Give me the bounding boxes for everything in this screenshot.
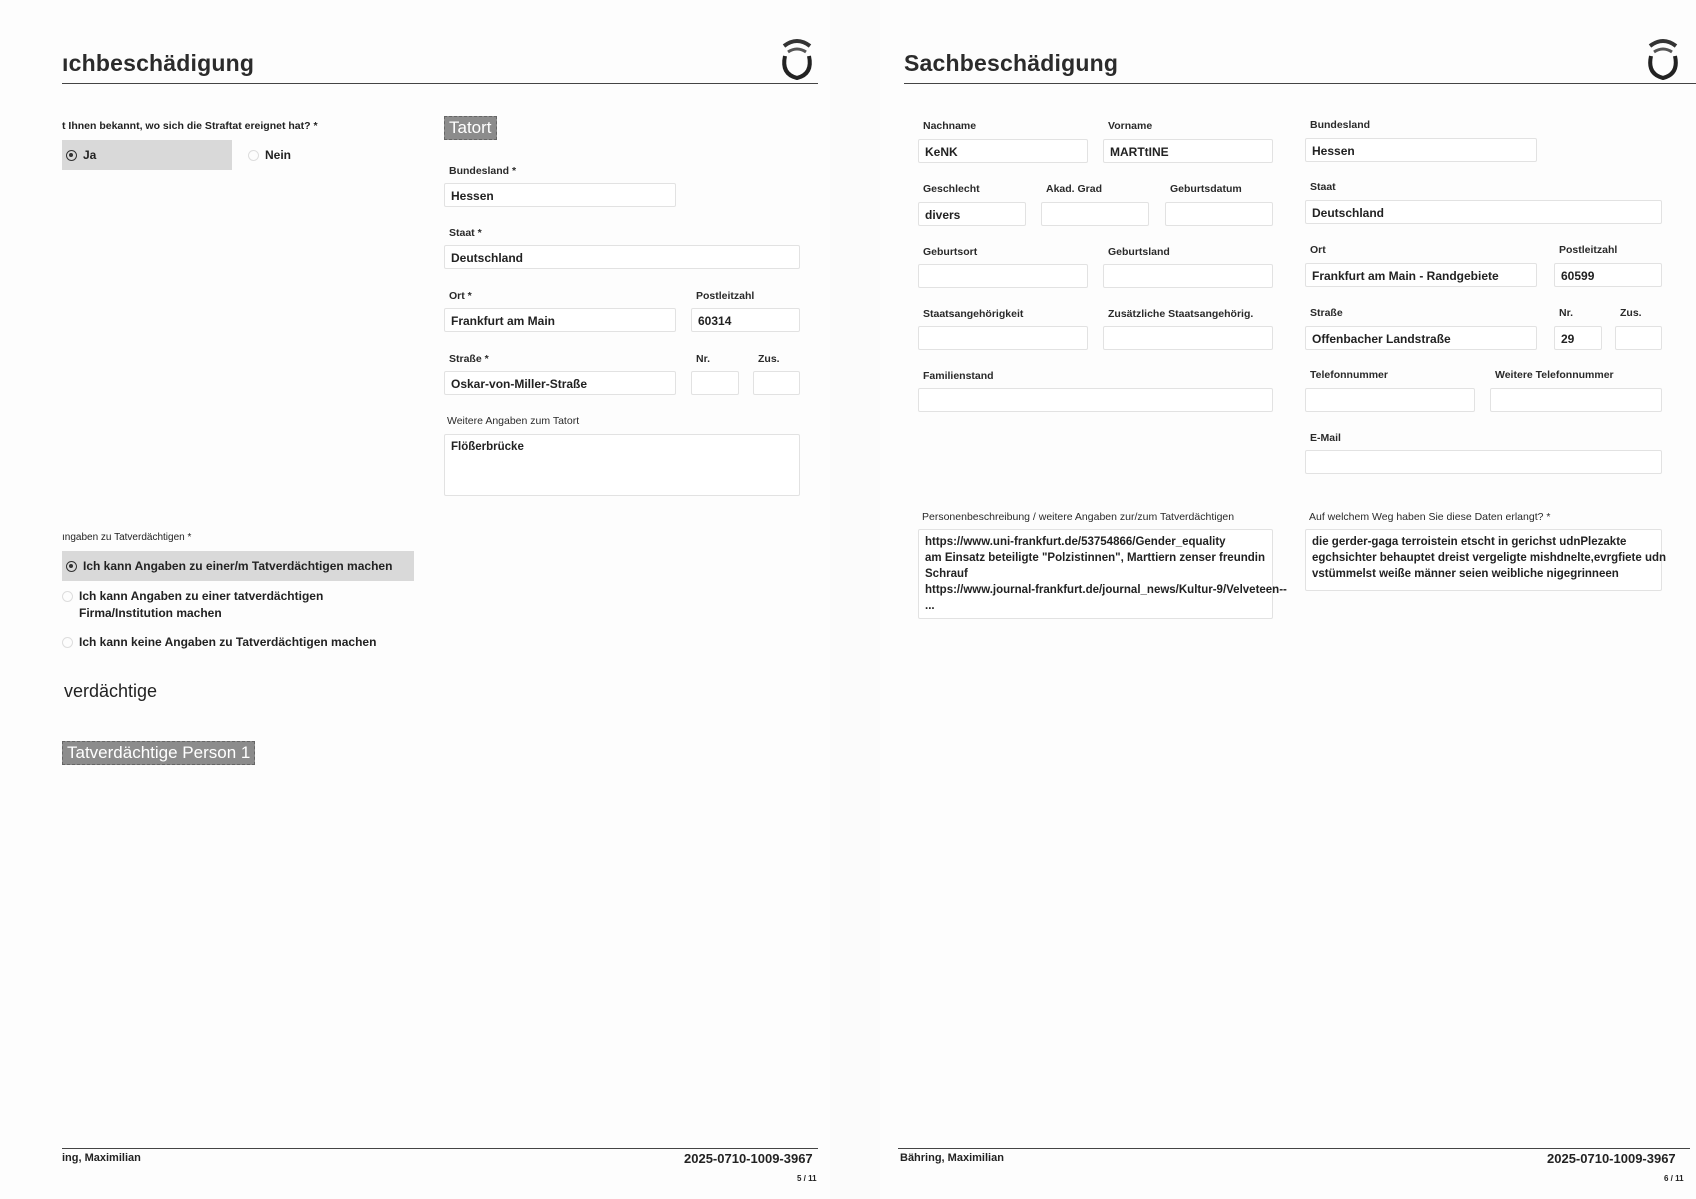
radio-selected-icon xyxy=(66,150,77,161)
radio-unselected-icon xyxy=(248,150,259,161)
police-logo-icon xyxy=(1644,36,1682,82)
geburtsdatum-label: Geburtsdatum xyxy=(1170,183,1242,195)
radio-unselected-icon xyxy=(62,637,73,648)
geburtsdatum-field[interactable] xyxy=(1165,202,1273,226)
geburtsland-label: Geburtsland xyxy=(1108,246,1170,258)
strasse-field[interactable]: Oskar-von-Miller-Straße xyxy=(444,371,676,395)
footer-author: ing, Maximilian xyxy=(62,1152,141,1164)
location-question: t Ihnen bekannt, wo sich die Straftat er… xyxy=(62,120,318,132)
bundesland-field[interactable]: Hessen xyxy=(444,183,676,207)
weitere-telefon-field[interactable] xyxy=(1490,388,1662,412)
text-line: am Einsatz beteiligte "Polzistinnen", Ma… xyxy=(925,550,1266,566)
page-right: Sachbeschädigung Nachname KeNK Vorname M… xyxy=(880,0,1696,1199)
plz-field[interactable]: 60314 xyxy=(691,308,800,332)
addr-ort-label: Ort xyxy=(1310,244,1326,256)
nr-label: Nr. xyxy=(696,353,710,365)
addr-ort-field[interactable]: Frankfurt am Main - Randgebiete xyxy=(1305,263,1537,287)
datenherkunft-field[interactable]: die gerder-gaga terroistein etscht in ge… xyxy=(1305,529,1662,591)
addr-strasse-label: Straße xyxy=(1310,307,1343,319)
addr-nr-label: Nr. xyxy=(1559,307,1573,319)
weitere-angaben-label: Weitere Angaben zum Tatort xyxy=(447,415,579,427)
radio-unselected-icon xyxy=(62,591,73,602)
footer-divider xyxy=(62,1148,818,1149)
text-line: vstümmelst weiße männer seien weibliche … xyxy=(1312,566,1655,582)
zus-field[interactable] xyxy=(753,371,800,395)
addr-plz-field[interactable]: 60599 xyxy=(1554,263,1662,287)
plz-label: Postleitzahl xyxy=(696,290,754,302)
staat-field[interactable]: Deutschland xyxy=(444,245,800,269)
text-line: Schrauf xyxy=(925,566,1266,582)
ort-field[interactable]: Frankfurt am Main xyxy=(444,308,676,332)
text-line: die gerder-gaga terroistein etscht in ge… xyxy=(1312,534,1655,550)
footer-divider xyxy=(898,1148,1690,1149)
person-badge: Tatverdächtige Person 1 xyxy=(62,741,255,765)
addr-bundesland-field[interactable]: Hessen xyxy=(1305,138,1537,162)
header-divider xyxy=(904,83,1696,84)
page-title: ıchbeschädigung xyxy=(62,50,254,77)
geburtsland-field[interactable] xyxy=(1103,264,1273,288)
addr-nr-field[interactable]: 29 xyxy=(1554,326,1602,350)
radio-ja[interactable]: Ja xyxy=(62,140,232,170)
vorname-field[interactable]: MARTtINE xyxy=(1103,139,1273,163)
telefon-label: Telefonnummer xyxy=(1310,369,1388,381)
section-heading: verdächtige xyxy=(64,681,157,702)
radio-suspect-person[interactable]: Ich kann Angaben zu einer/m Tatverdächti… xyxy=(62,551,414,581)
text-line: egchsichter behauptet dreist vergeligte … xyxy=(1312,550,1655,566)
addr-bundesland-label: Bundesland xyxy=(1310,119,1370,131)
footer-author: Bähring, Maximilian xyxy=(900,1152,1004,1164)
staatsangehoerigkeit-label: Staatsangehörigkeit xyxy=(923,308,1023,320)
footer-case-id: 2025-0710-1009-3967 xyxy=(1547,1151,1676,1166)
text-line: https://www.journal-frankfurt.de/journal… xyxy=(925,582,1266,598)
header-divider xyxy=(62,83,818,84)
strasse-label: Straße * xyxy=(449,353,489,365)
email-field[interactable] xyxy=(1305,450,1662,474)
beschreibung-field[interactable]: https://www.uni-frankfurt.de/53754866/Ge… xyxy=(918,529,1273,619)
addr-zus-label: Zus. xyxy=(1620,307,1642,319)
zus-staatsangehoerigkeit-field[interactable] xyxy=(1103,326,1273,350)
nr-field[interactable] xyxy=(691,371,739,395)
geschlecht-label: Geschlecht xyxy=(923,183,980,195)
ort-label: Ort * xyxy=(449,290,472,302)
radio-suspect-company[interactable]: Ich kann Angaben zu einer tatverdächtige… xyxy=(62,588,422,622)
geburtsort-field[interactable] xyxy=(918,264,1088,288)
page-left: ıchbeschädigung t Ihnen bekannt, wo sich… xyxy=(0,0,830,1199)
police-logo-icon xyxy=(778,36,816,82)
familienstand-label: Familienstand xyxy=(923,370,994,382)
footer-page-number: 5 / 11 xyxy=(797,1174,817,1183)
email-label: E-Mail xyxy=(1310,432,1341,444)
radio-selected-icon xyxy=(66,561,77,572)
weitere-angaben-field[interactable]: Flößerbrücke xyxy=(444,434,800,496)
addr-plz-label: Postleitzahl xyxy=(1559,244,1617,256)
page-title: Sachbeschädigung xyxy=(904,50,1118,77)
radio-nein[interactable]: Nein xyxy=(248,140,291,170)
tatort-heading: Tatort xyxy=(444,116,497,140)
geschlecht-field[interactable]: divers xyxy=(918,202,1026,226)
footer-page-number: 6 / 11 xyxy=(1664,1174,1684,1183)
zus-staatsangehoerigkeit-label: Zusätzliche Staatsangehörig. xyxy=(1108,308,1253,320)
footer-case-id: 2025-0710-1009-3967 xyxy=(684,1151,813,1166)
akad-grad-label: Akad. Grad xyxy=(1046,183,1102,195)
text-line: https://www.uni-frankfurt.de/53754866/Ge… xyxy=(925,534,1266,550)
staatsangehoerigkeit-field[interactable] xyxy=(918,326,1088,350)
nachname-field[interactable]: KeNK xyxy=(918,139,1088,163)
radio-suspect-none[interactable]: Ich kann keine Angaben zu Tatverdächtige… xyxy=(62,632,376,652)
addr-staat-label: Staat xyxy=(1310,181,1336,193)
beschreibung-label: Personenbeschreibung / weitere Angaben z… xyxy=(922,511,1234,523)
familienstand-field[interactable] xyxy=(918,388,1273,412)
datenherkunft-label: Auf welchem Weg haben Sie diese Daten er… xyxy=(1309,511,1550,523)
nachname-label: Nachname xyxy=(923,120,976,132)
telefon-field[interactable] xyxy=(1305,388,1475,412)
addr-staat-field[interactable]: Deutschland xyxy=(1305,200,1662,224)
staat-label: Staat * xyxy=(449,227,482,239)
suspects-question: ıngaben zu Tatverdächtigen * xyxy=(62,532,191,543)
addr-zus-field[interactable] xyxy=(1615,326,1662,350)
bundesland-label: Bundesland * xyxy=(449,165,516,177)
text-line: ... xyxy=(925,598,1266,614)
geburtsort-label: Geburtsort xyxy=(923,246,977,258)
vorname-label: Vorname xyxy=(1108,120,1152,132)
zus-label: Zus. xyxy=(758,353,780,365)
akad-grad-field[interactable] xyxy=(1041,202,1149,226)
weitere-telefon-label: Weitere Telefonnummer xyxy=(1495,369,1614,381)
addr-strasse-field[interactable]: Offenbacher Landstraße xyxy=(1305,326,1537,350)
